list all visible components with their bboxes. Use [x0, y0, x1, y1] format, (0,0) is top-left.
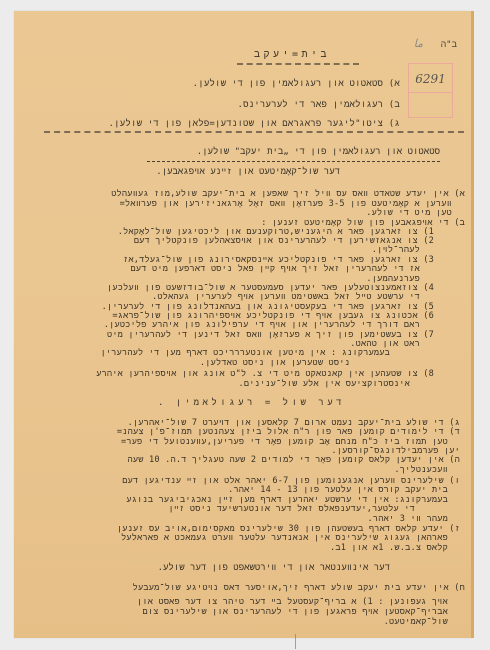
stamp-divider [409, 92, 452, 93]
s1-line: א) אין יעדע שטאדט װאס עס װיל זיך שאפען א… [111, 189, 465, 199]
s3-line: אבריף־קאסטען אױף פראגען פון די לעהרערינס… [143, 607, 449, 617]
s2-line: די עלטער,יעדענפאלס זאל דער אונטערשיעד ני… [168, 504, 415, 514]
s1-line: טען מיט די שולע. [366, 208, 452, 218]
s2-line: מעהר װי 3 יאהר. [368, 514, 448, 524]
title-underline [237, 63, 359, 65]
s1-line: אז די לעהרערין זאל זיך אױף קײן פאל ניסט … [131, 264, 420, 274]
section3-heading: דער אינװענטאר און די װירטשאפט פון דער שו… [158, 563, 390, 573]
s3-line: ח) אין יעדע בית יעקב שולע דארף זיך,אויסע… [133, 583, 465, 593]
s2-line: בית יעקב קורס אין עלטער פון 13 - 14 יאהר… [228, 485, 448, 495]
s1-line: ראם דורך די לעהרערין און אױף די ערפילונג… [104, 320, 420, 330]
archive-number: 6291 [409, 72, 452, 86]
corner-mark-bh: ב"ה [441, 40, 457, 50]
s2-line: ה) אין יעדען קלאס קומען פאָר די למודים 2… [128, 455, 460, 465]
s1-line: לעהר־לױן. [372, 245, 420, 255]
s1-line: בעמערקונג : אין מיטען אונטעררריכט דארף מ… [101, 348, 390, 358]
s2-line: קלאס צ.ב.ש. 1א און 1ב. [330, 543, 448, 553]
toc-item-a: א) סטאטוט און רעגולאמין פון די שולען. [193, 79, 400, 89]
typewritten-document: ב"ה ما 6291 בית=יעקב א) סטאטוט און רעגול… [0, 0, 490, 650]
s1-line: ניסט שטערען און ניסט טאדלען. [200, 358, 350, 368]
section2-heading: דער שול = רעגולאמין . [158, 398, 345, 408]
s3-line: שול־קאמיטעט. [384, 617, 448, 627]
s1-line: די ערשטע טײל זאל באשטימט װערען אױף לערער… [152, 292, 420, 302]
toc-item-b: ב) רעגולאמין פאר די לערערינס. [237, 100, 400, 110]
section1-subheading: דער שול־קאָמיטעט און זײנע אױפגאבען. [156, 167, 340, 177]
s1-line: 8) צו שטעהען אין קאנטאקט מיט די צ. ל"ט א… [96, 369, 434, 379]
toc-item-c: ג) ציטו"ליגער פראגראם און שטונדען=פלאן פ… [109, 119, 400, 129]
archive-stamp-box: 6291 [408, 63, 453, 118]
s2-line: װעכענטליך. [394, 465, 448, 475]
pencil-annotation: ما [414, 37, 423, 50]
s2-line: ד) די לימודים קומען פאר פון ר"ח אלול ביז… [117, 427, 460, 437]
s1-line: אינסטרוקציעס אין אלע שול־ענינים. [239, 379, 411, 389]
section1-heading: סטאטוט און רעגולאמין פון די „בית יעקב" ש… [197, 147, 440, 157]
document-title: בית=יעקב [254, 50, 330, 60]
s2-line: פארהאן געגוג שילערינס אין אנאנדער עלטער … [121, 533, 448, 543]
toc-divider [44, 131, 464, 133]
section1-underline [147, 161, 440, 162]
s3-line: אױך געפונען : 1) א בריף־קעסטעל בײ דער טי… [137, 597, 448, 607]
